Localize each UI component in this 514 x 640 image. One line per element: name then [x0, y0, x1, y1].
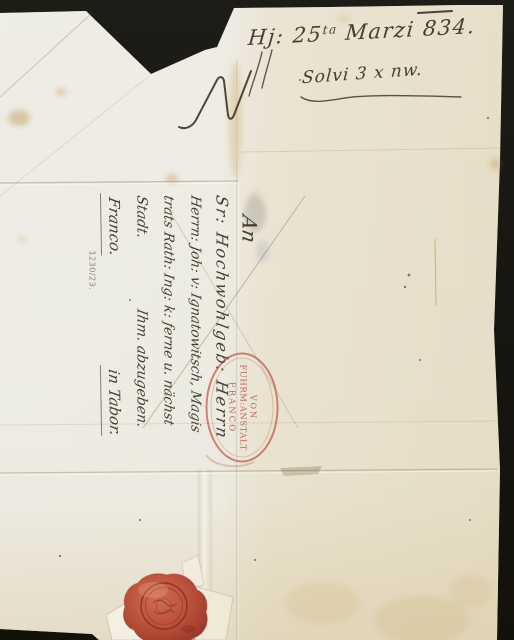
address-line-4: trats Rath: Ing: k: ferne u. nächst — [155, 193, 182, 448]
franco-note: Franco. — [100, 193, 128, 260]
horizontal-crease — [0, 469, 497, 473]
destination-tabor: in Tabor. — [100, 365, 128, 439]
stamp-inner-ring — [211, 358, 274, 458]
photo-of-folded-letter: Hj: 25ta Marzi 834. Solvi 3 x nw. An Sr:… — [0, 0, 514, 640]
year-overbar — [418, 11, 452, 13]
diagonal-crease — [0, 13, 92, 97]
arrival-stamp: VON FUHRM:ANSTALT FRANCO — [206, 353, 279, 463]
paraph-flourish — [179, 71, 251, 128]
diagonal-crease — [0, 77, 148, 196]
address-line-3: Herrn: Joh: v: Ignatowitsch, Magis — [182, 193, 209, 448]
address-line-5b: Ihm. abzugeben. — [128, 307, 155, 430]
docket-day: 25 — [292, 22, 324, 48]
horizontal-crease — [242, 148, 500, 152]
docket-day-suffix: ta — [322, 22, 338, 37]
seal-highlight — [138, 582, 168, 598]
wax-seal — [98, 545, 248, 640]
orange-streak — [435, 239, 436, 305]
crease-pleat — [280, 466, 322, 476]
address-line-6: Franco. in Tabor. — [101, 193, 128, 448]
horizontal-crease — [0, 181, 238, 183]
seal-dark-edge — [181, 625, 195, 633]
monogram-descender — [249, 50, 272, 96]
address-line-5a: Stadt. — [128, 193, 155, 240]
docket-prefix: Hj: — [247, 24, 285, 50]
rate-underline-flourish — [301, 96, 461, 102]
pencil-collector-number: 1230/23. — [83, 196, 101, 446]
address-line-5: Stadt. Ihm. abzugeben. — [128, 193, 155, 448]
